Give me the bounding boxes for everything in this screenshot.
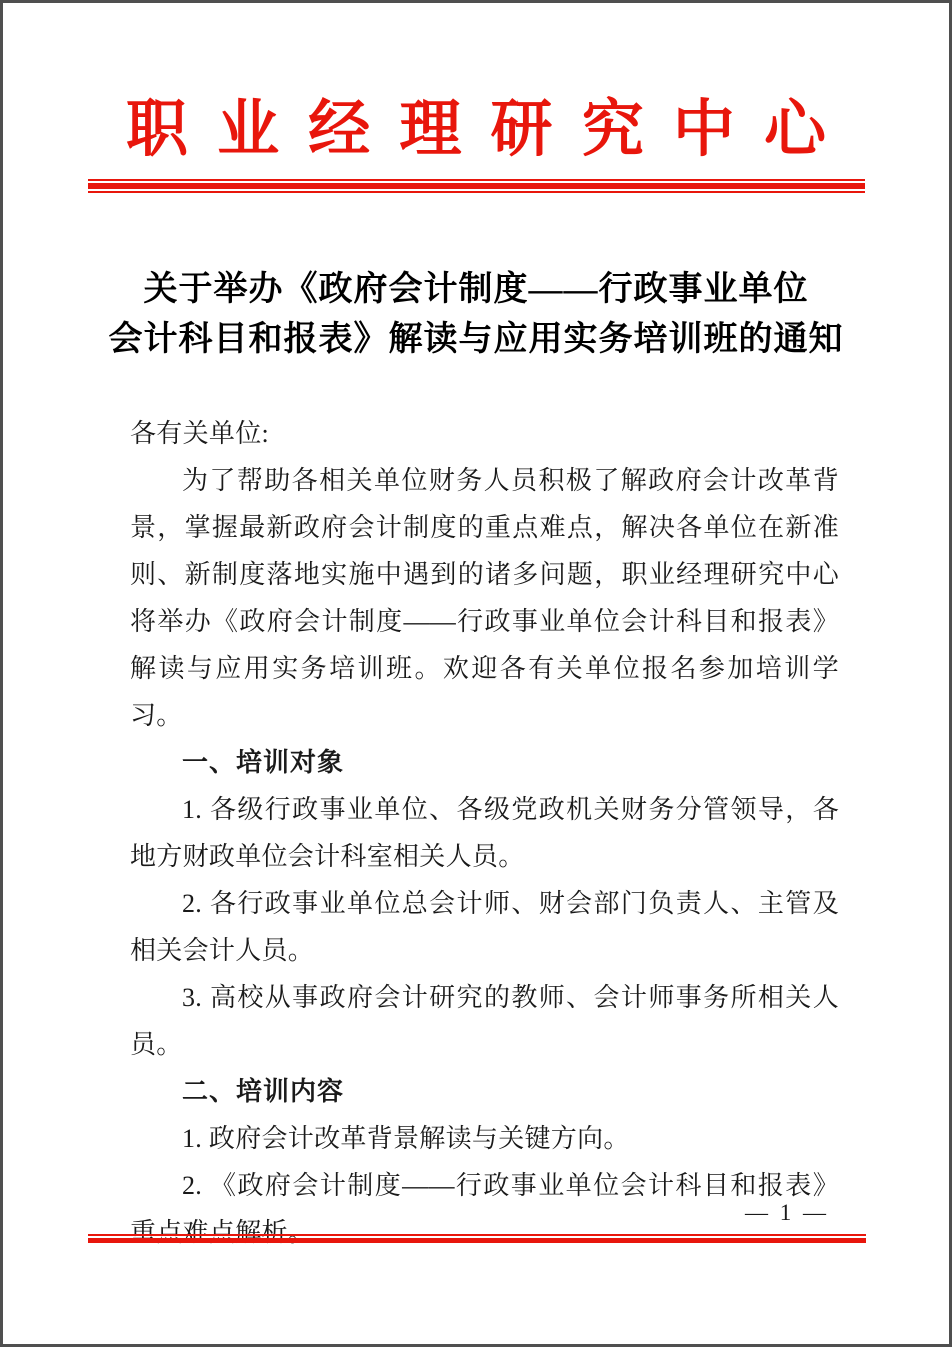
document-title-line1: 关于举办《政府会计制度——行政事业单位 xyxy=(58,265,894,315)
footer-divider-rule xyxy=(88,1234,866,1243)
letterhead-org-name: 职业经理研究中心 xyxy=(3,79,949,168)
intro-paragraph: 为了帮助各相关单位财务人员积极了解政府会计改革背景，掌握最新政府会计制度的重点难… xyxy=(130,457,839,739)
section-1-item-3: 3. 高校从事政府会计研究的教师、会计师事务所相关人员。 xyxy=(130,974,839,1068)
footer-thin-line xyxy=(88,1234,866,1236)
divider-thin-line-bottom xyxy=(88,191,865,193)
section-2-item-1: 1. 政府会计改革背景解读与关键方向。 xyxy=(130,1115,839,1162)
section-2-heading: 二、培训内容 xyxy=(130,1068,839,1115)
section-1-heading: 一、培训对象 xyxy=(130,739,839,786)
salutation: 各有关单位: xyxy=(130,410,839,457)
footer-thick-line xyxy=(88,1238,866,1243)
divider-thin-line-top xyxy=(88,179,865,181)
page-number: — 1 — xyxy=(745,1200,829,1226)
divider-thick-line xyxy=(88,183,865,189)
section-1-item-1: 1. 各级行政事业单位、各级党政机关财务分管领导，各地方财政单位会计科室相关人员… xyxy=(130,786,839,880)
document-page: 职业经理研究中心 关于举办《政府会计制度——行政事业单位 会计科目和报表》解读与… xyxy=(0,0,952,1347)
letterhead-divider-rule xyxy=(88,179,865,193)
section-1-item-2: 2. 各行政事业单位总会计师、财会部门负责人、主管及相关会计人员。 xyxy=(130,880,839,974)
document-title: 关于举办《政府会计制度——行政事业单位 会计科目和报表》解读与应用实务培训班的通… xyxy=(58,265,894,365)
document-body: 各有关单位: 为了帮助各相关单位财务人员积极了解政府会计改革背景，掌握最新政府会… xyxy=(130,410,839,1256)
document-title-line2: 会计科目和报表》解读与应用实务培训班的通知 xyxy=(58,315,894,365)
